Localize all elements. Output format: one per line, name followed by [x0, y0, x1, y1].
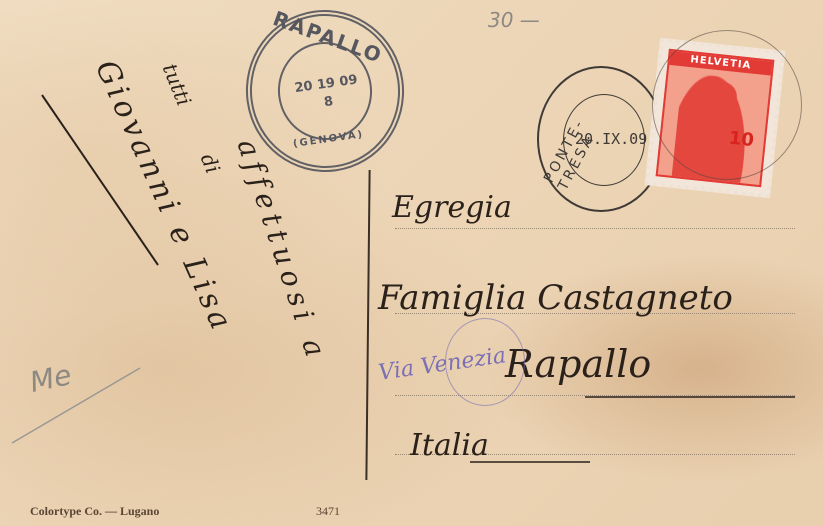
- address-line-3: Rapallo: [505, 342, 651, 386]
- ponte-tresa-postmark-icon: PONTE-TRESA 20.IX.09: [537, 66, 665, 212]
- card-number: 3471: [316, 504, 340, 519]
- route-note-circle: [445, 318, 525, 406]
- stamp-cancel-icon: [652, 30, 802, 180]
- address-line-4: Italia: [410, 428, 489, 463]
- address-line-2: Famiglia Castagneto: [378, 278, 733, 318]
- postcard-back: 30 — Me RAPALLO 20 19 09 8 (GENOVA) PONT…: [0, 0, 823, 526]
- publisher-imprint: Colortype Co. — Lugano: [30, 504, 159, 519]
- ponte-tresa-postmark-date: 20.IX.09: [575, 130, 647, 148]
- address-line-1: Egregia: [392, 190, 512, 225]
